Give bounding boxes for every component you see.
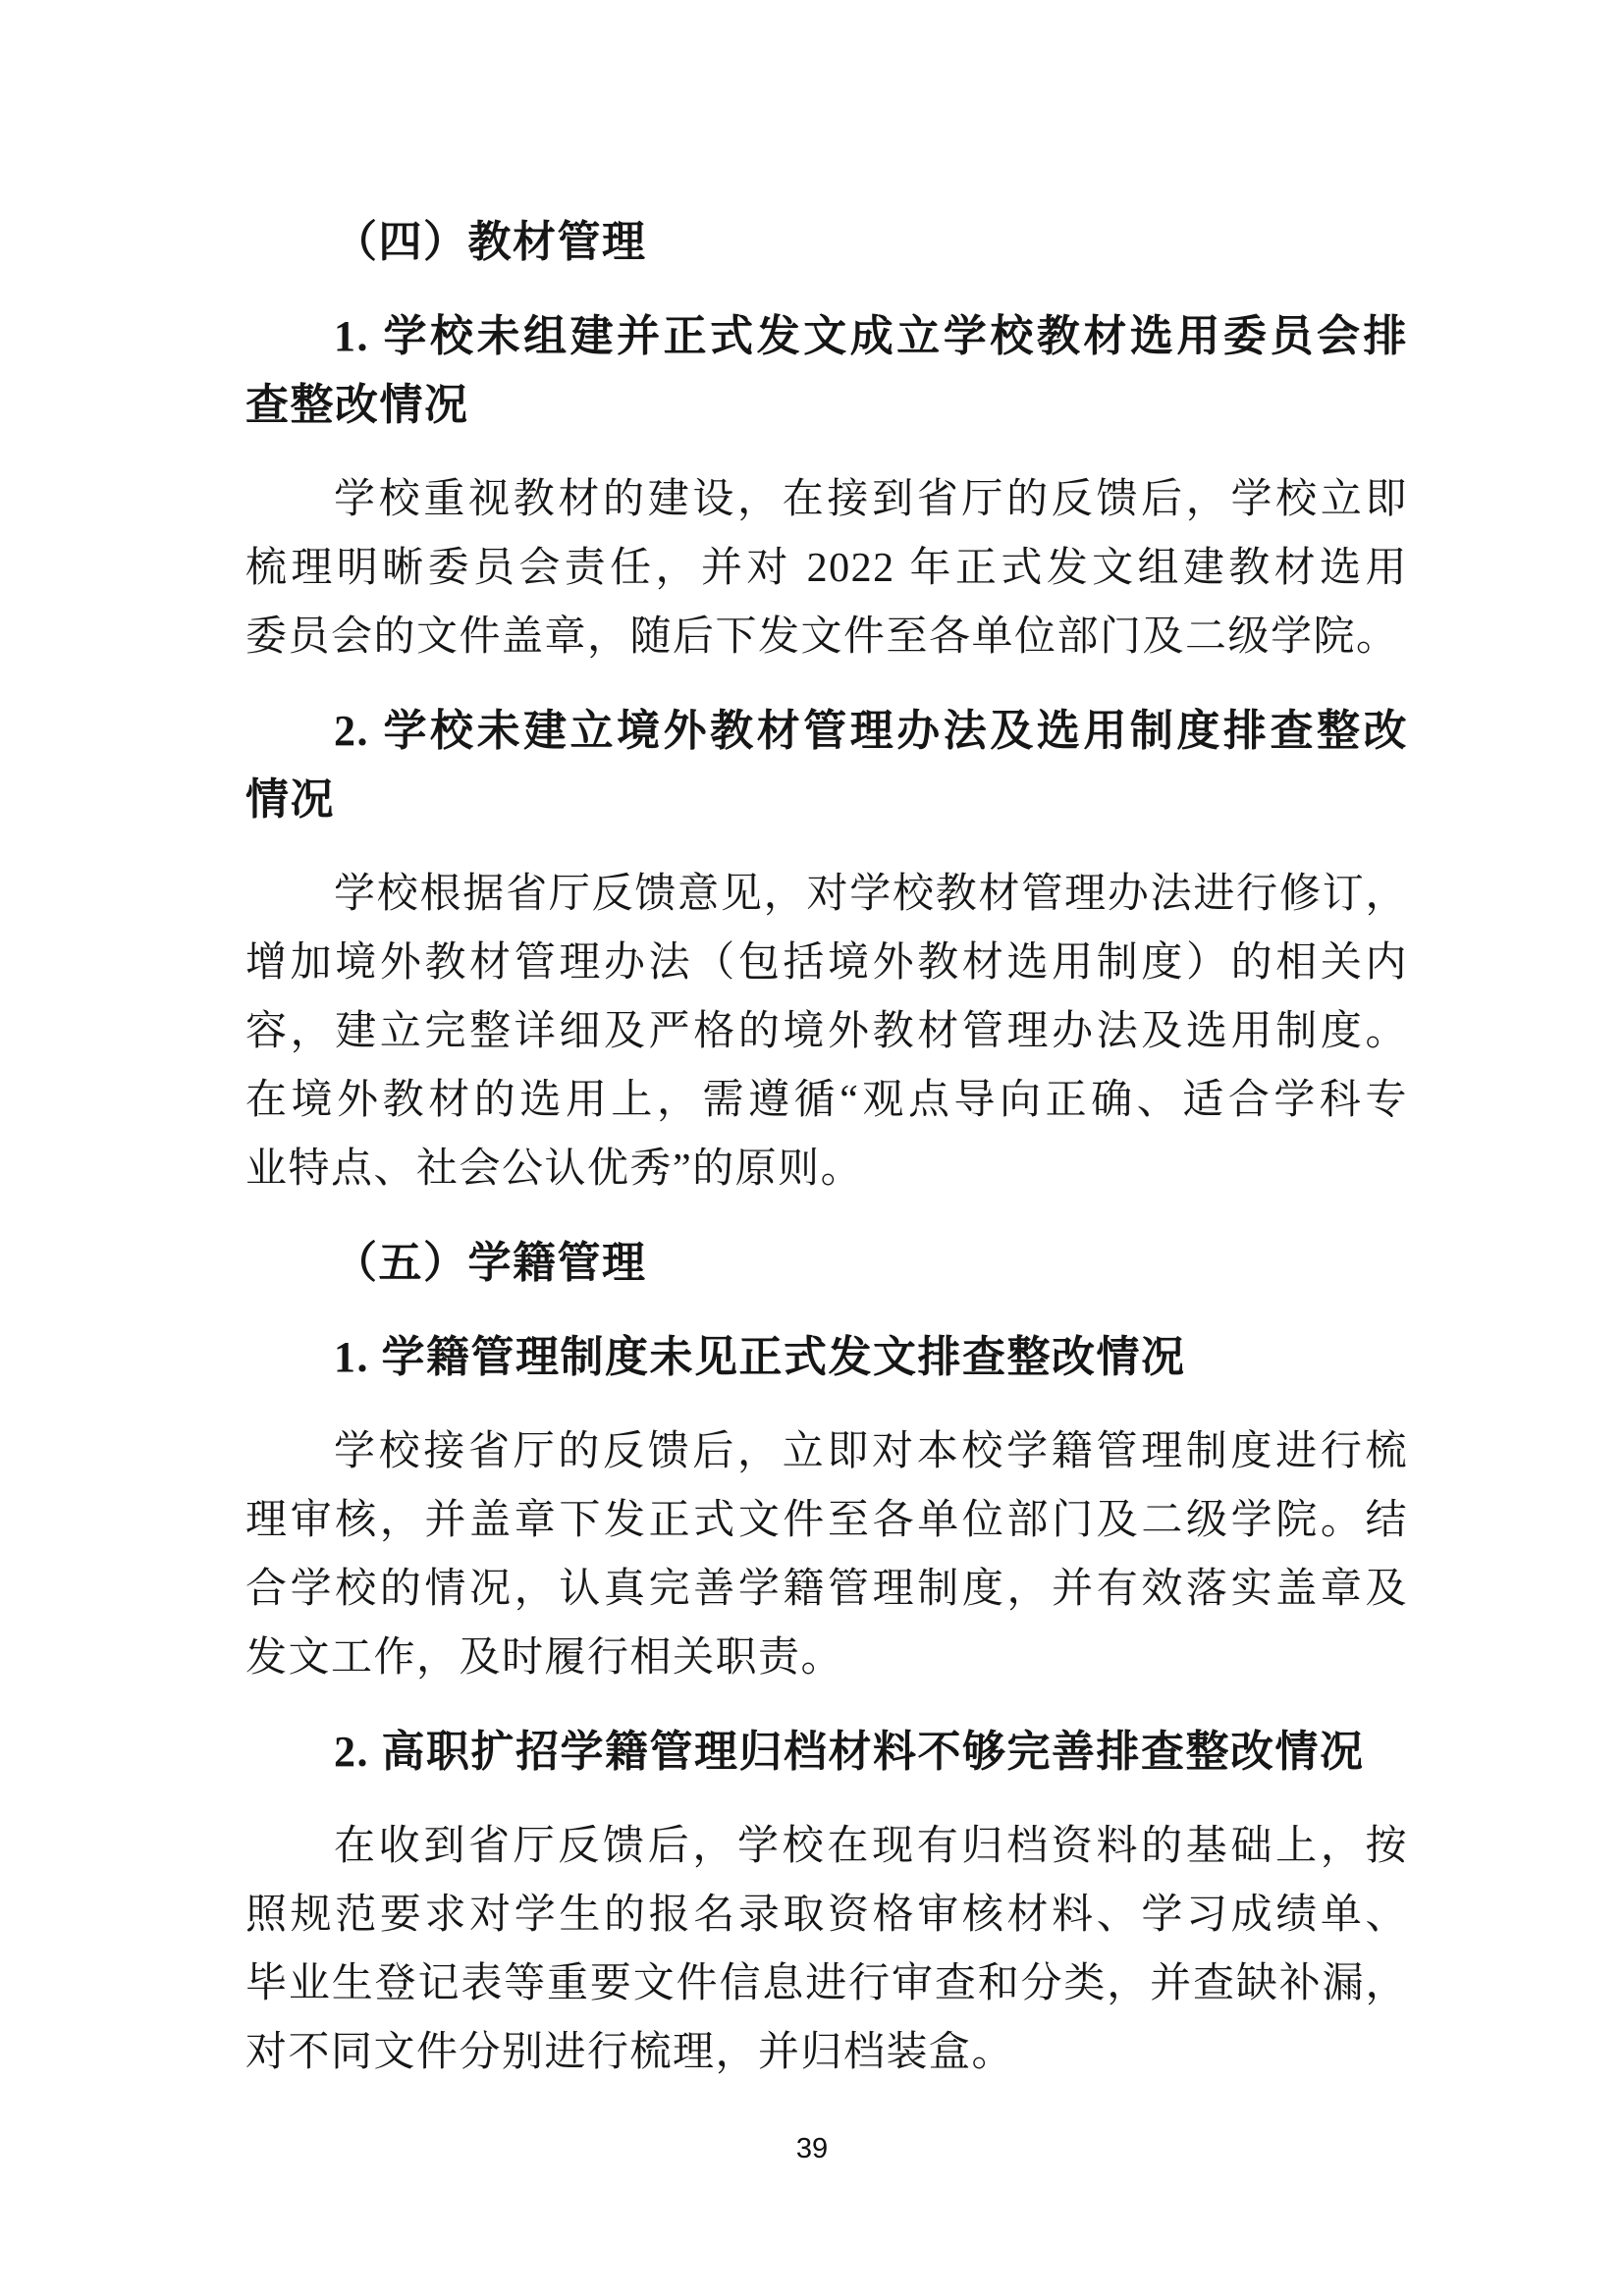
text-line: 1. 学籍管理制度未见正式发文排查整改情况 bbox=[245, 1323, 1408, 1392]
text-line: 毕业生登记表等重要文件信息进行审查和分类，并查缺补漏， bbox=[245, 1949, 1408, 2018]
text-line: 查整改情况 bbox=[245, 371, 1408, 440]
text-line: 学校接省厅的反馈后，立即对本校学籍管理制度进行梳 bbox=[245, 1417, 1408, 1486]
text-line: 梳理明晰委员会责任，并对 2022 年正式发文组建教材选用 bbox=[245, 534, 1408, 603]
text-line: 对不同文件分别进行梳理，并归档装盒。 bbox=[245, 2018, 1408, 2087]
text-line: 发文工作，及时履行相关职责。 bbox=[245, 1624, 1408, 1692]
text-line: 学校根据省厅反馈意见，对学校教材管理办法进行修订， bbox=[245, 860, 1408, 929]
heading-1-student-status-system-rectification: 1. 学籍管理制度未见正式发文排查整改情况 bbox=[245, 1323, 1408, 1392]
heading-2-enrollment-expansion-archive-rectification: 2. 高职扩招学籍管理归档材料不够完善排查整改情况 bbox=[245, 1718, 1408, 1787]
text-line: （四）教材管理 bbox=[245, 208, 1408, 277]
text-line: 理审核，并盖章下发正式文件至各单位部门及二级学院。结 bbox=[245, 1486, 1408, 1555]
text-line: 委员会的文件盖章，随后下发文件至各单位部门及二级学院。 bbox=[245, 603, 1408, 671]
text-line: 容，建立完整详细及严格的境外教材管理办法及选用制度。 bbox=[245, 997, 1408, 1066]
text-line: 在收到省厅反馈后，学校在现有归档资料的基础上，按 bbox=[245, 1812, 1408, 1881]
page-number: 39 bbox=[796, 2132, 828, 2165]
document-body: （四）教材管理1. 学校未组建并正式发文成立学校教材选用委员会排查整改情况学校重… bbox=[245, 0, 1408, 2087]
text-line: 增加境外教材管理办法（包括境外教材选用制度）的相关内 bbox=[245, 929, 1408, 997]
para-enrollment-expansion-archive-rectification: 在收到省厅反馈后，学校在现有归档资料的基础上，按照规范要求对学生的报名录取资格审… bbox=[245, 1812, 1408, 2087]
text-line: 2. 学校未建立境外教材管理办法及选用制度排查整改 bbox=[245, 697, 1408, 766]
text-line: 1. 学校未组建并正式发文成立学校教材选用委员会排 bbox=[245, 302, 1408, 371]
para-overseas-textbook-rectification: 学校根据省厅反馈意见，对学校教材管理办法进行修订，增加境外教材管理办法（包括境外… bbox=[245, 860, 1408, 1203]
heading-2-overseas-textbook-rectification: 2. 学校未建立境外教材管理办法及选用制度排查整改情况 bbox=[245, 697, 1408, 834]
text-line: 情况 bbox=[245, 766, 1408, 834]
text-line: （五）学籍管理 bbox=[245, 1229, 1408, 1298]
document-page: （四）教材管理1. 学校未组建并正式发文成立学校教材选用委员会排查整改情况学校重… bbox=[0, 0, 1624, 2296]
para-textbook-committee-rectification: 学校重视教材的建设，在接到省厅的反馈后，学校立即梳理明晰委员会责任，并对 202… bbox=[245, 465, 1408, 671]
text-line: 合学校的情况，认真完善学籍管理制度，并有效落实盖章及 bbox=[245, 1555, 1408, 1624]
para-student-status-system-rectification: 学校接省厅的反馈后，立即对本校学籍管理制度进行梳理审核，并盖章下发正式文件至各单… bbox=[245, 1417, 1408, 1692]
section-heading-5-student-status-management: （五）学籍管理 bbox=[245, 1229, 1408, 1298]
text-line: 照规范要求对学生的报名录取资格审核材料、学习成绩单、 bbox=[245, 1881, 1408, 1949]
text-line: 学校重视教材的建设，在接到省厅的反馈后，学校立即 bbox=[245, 465, 1408, 534]
text-line: 业特点、社会公认优秀”的原则。 bbox=[245, 1135, 1408, 1203]
heading-1-textbook-committee-rectification: 1. 学校未组建并正式发文成立学校教材选用委员会排查整改情况 bbox=[245, 302, 1408, 440]
page-footer: 39 bbox=[0, 2132, 1624, 2165]
text-line: 在境外教材的选用上，需遵循“观点导向正确、适合学科专 bbox=[245, 1066, 1408, 1135]
section-heading-4-textbook-management: （四）教材管理 bbox=[245, 208, 1408, 277]
text-line: 2. 高职扩招学籍管理归档材料不够完善排查整改情况 bbox=[245, 1718, 1408, 1787]
